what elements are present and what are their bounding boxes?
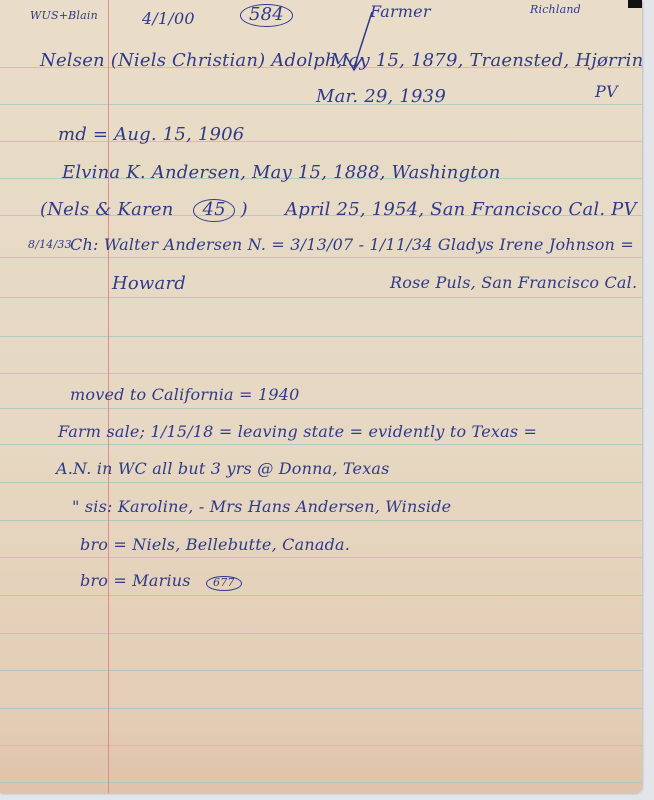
- rule-line: [0, 373, 642, 374]
- brother-marius: bro = Marius 677: [80, 571, 242, 591]
- moved-note: moved to California = 1940: [70, 385, 299, 404]
- rule-line: [0, 595, 642, 596]
- spouse-info: Elvina K. Andersen, May 15, 1888, Washin…: [62, 162, 501, 183]
- rule-line: [0, 297, 642, 298]
- record-date: 4/1/00: [142, 9, 195, 28]
- source-note: WUS+Blain: [30, 9, 98, 22]
- sister-note: " sis: Karoline, - Mrs Hans Andersen, Wi…: [72, 497, 451, 516]
- child-rose: Rose Puls, San Francisco Cal.: [390, 273, 637, 292]
- rule-line: [0, 444, 642, 445]
- children-line: Ch: Walter Andersen N. = 3/13/07 - 1/11/…: [70, 235, 634, 254]
- children-date: 8/14/33: [28, 238, 72, 251]
- birth-info: May 15, 1879, Traensted, Hjørring: [330, 50, 642, 71]
- subject-name: Nelsen (Niels Christian) Adolph,: [40, 50, 343, 71]
- death-date: Mar. 29, 1939: [316, 86, 446, 107]
- rule-line: [0, 782, 642, 783]
- rule-line: [0, 336, 642, 337]
- brother-marius-ref: 677: [206, 576, 242, 591]
- rule-line: [0, 482, 642, 483]
- child-howard: Howard: [112, 273, 186, 294]
- rule-line: [0, 257, 642, 258]
- wc-note: A.N. in WC all but 3 yrs @ Donna, Texas: [56, 459, 390, 478]
- brother-niels: bro = Niels, Bellebutte, Canada.: [80, 535, 350, 554]
- rule-line: [0, 670, 642, 671]
- spouse-parents: (Nels & Karen 45 ): [40, 199, 248, 222]
- record-number-badge: 584: [240, 4, 293, 27]
- notebook-page: WUS+Blain 4/1/00 584 Farmer Richland Nel…: [0, 0, 642, 793]
- location: Richland: [530, 3, 581, 16]
- spouse-death: April 25, 1954, San Francisco Cal. PV: [285, 199, 637, 220]
- rule-line: [0, 408, 642, 409]
- rule-line: [0, 520, 642, 521]
- scan-edge: [628, 0, 642, 8]
- rule-line: [0, 745, 642, 746]
- farm-sale-note: Farm sale; 1/15/18 = leaving state = evi…: [58, 422, 537, 441]
- record-number: 584: [240, 4, 293, 27]
- rule-line: [0, 708, 642, 709]
- rule-line: [0, 557, 642, 558]
- spouse-parents-ref: 45: [193, 199, 234, 222]
- rule-line: [0, 633, 642, 634]
- birth-pv: PV: [595, 82, 618, 101]
- marriage-date: md = Aug. 15, 1906: [58, 124, 244, 145]
